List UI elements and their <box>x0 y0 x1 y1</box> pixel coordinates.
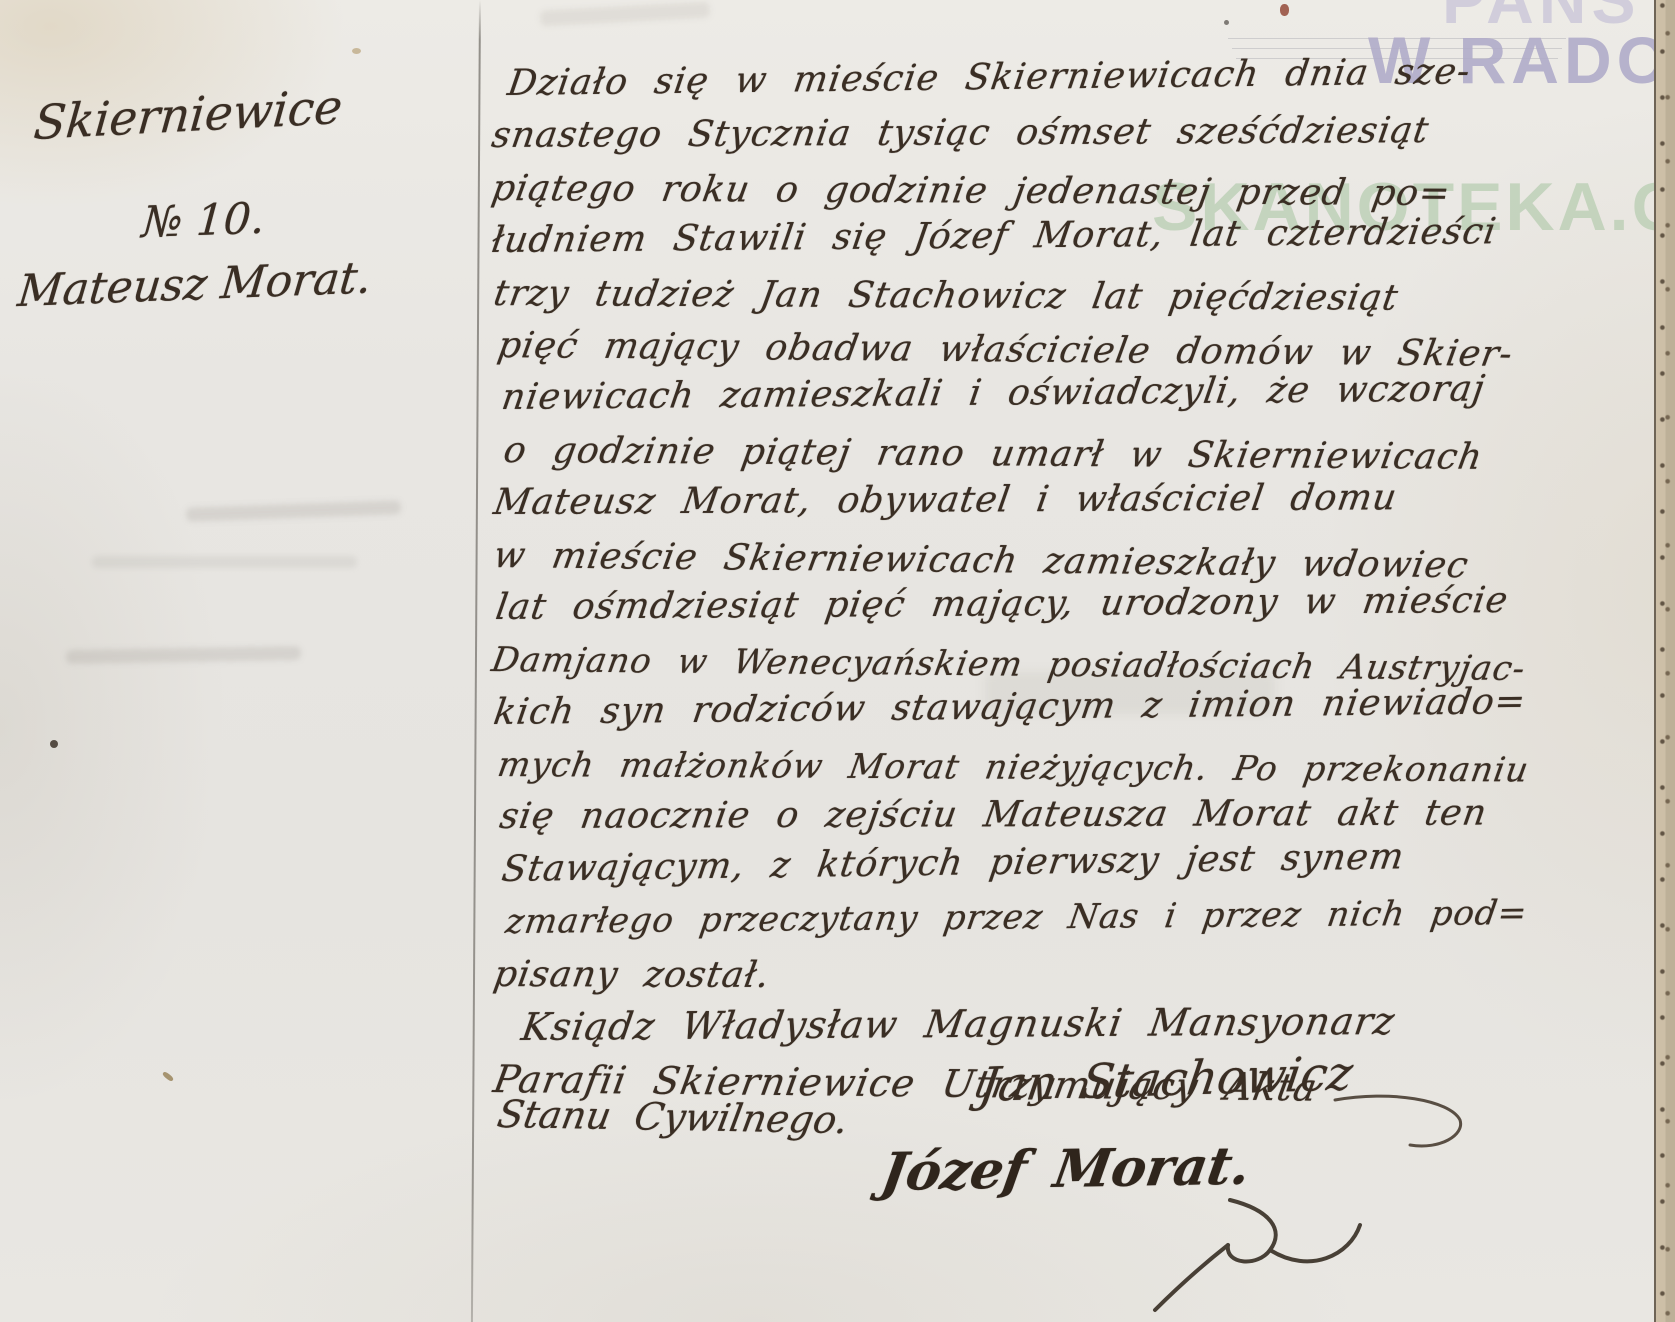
closing-clerk-line: Stanu Cywilnego. <box>494 1092 852 1142</box>
ink-showthrough <box>540 2 711 27</box>
margin-act-number: № 10. <box>140 194 266 248</box>
record-body: Działo się w mieście Skierniewicach dnia… <box>492 58 1657 1106</box>
document-scan-page: PAŃSTW W RADO SKANOTEKA.GE Skierniewice … <box>0 0 1675 1322</box>
signature-flourish <box>1150 1195 1370 1315</box>
paper-speck <box>352 48 361 54</box>
paper-speck <box>1224 20 1229 25</box>
book-page-edge <box>1654 0 1675 1322</box>
ink-showthrough <box>66 646 301 664</box>
ink-showthrough <box>92 556 357 568</box>
margin-deceased-name: Mateusz Morat. <box>15 252 374 317</box>
record-line: lat ośmdziesiąt pięć mający, urodzony w … <box>492 574 1661 635</box>
paper-speck <box>50 740 58 748</box>
ink-showthrough <box>186 500 401 521</box>
record-line: Działo się w mieście Skierniewicach dnia… <box>504 44 1661 111</box>
margin-rule-line <box>471 0 481 1322</box>
signature-jozef-morat: Józef Morat. <box>877 1135 1254 1203</box>
margin-place-name: Skierniewice <box>32 80 345 151</box>
record-line: snastego Stycznia tysiąc ośmset sześćdzi… <box>488 104 1661 163</box>
paper-speck <box>1280 4 1289 16</box>
record-line: Mateusz Morat, obywatel i właściciel dom… <box>490 471 1661 530</box>
paper-speck <box>162 1071 175 1082</box>
record-line: trzy tudzież Jan Stachowicz lat pięćdzie… <box>490 268 1662 326</box>
record-line: niewicach zamieszkali i oświadczyli, że … <box>498 362 1661 425</box>
record-line: Ksiądz Władysław Magnuski Mansyonarz <box>518 993 1661 1053</box>
record-line: zmarłego przeczytany przez Nas i przez n… <box>502 886 1661 949</box>
record-line: łudniem Stawili się Józef Morat, lat czt… <box>488 205 1661 268</box>
